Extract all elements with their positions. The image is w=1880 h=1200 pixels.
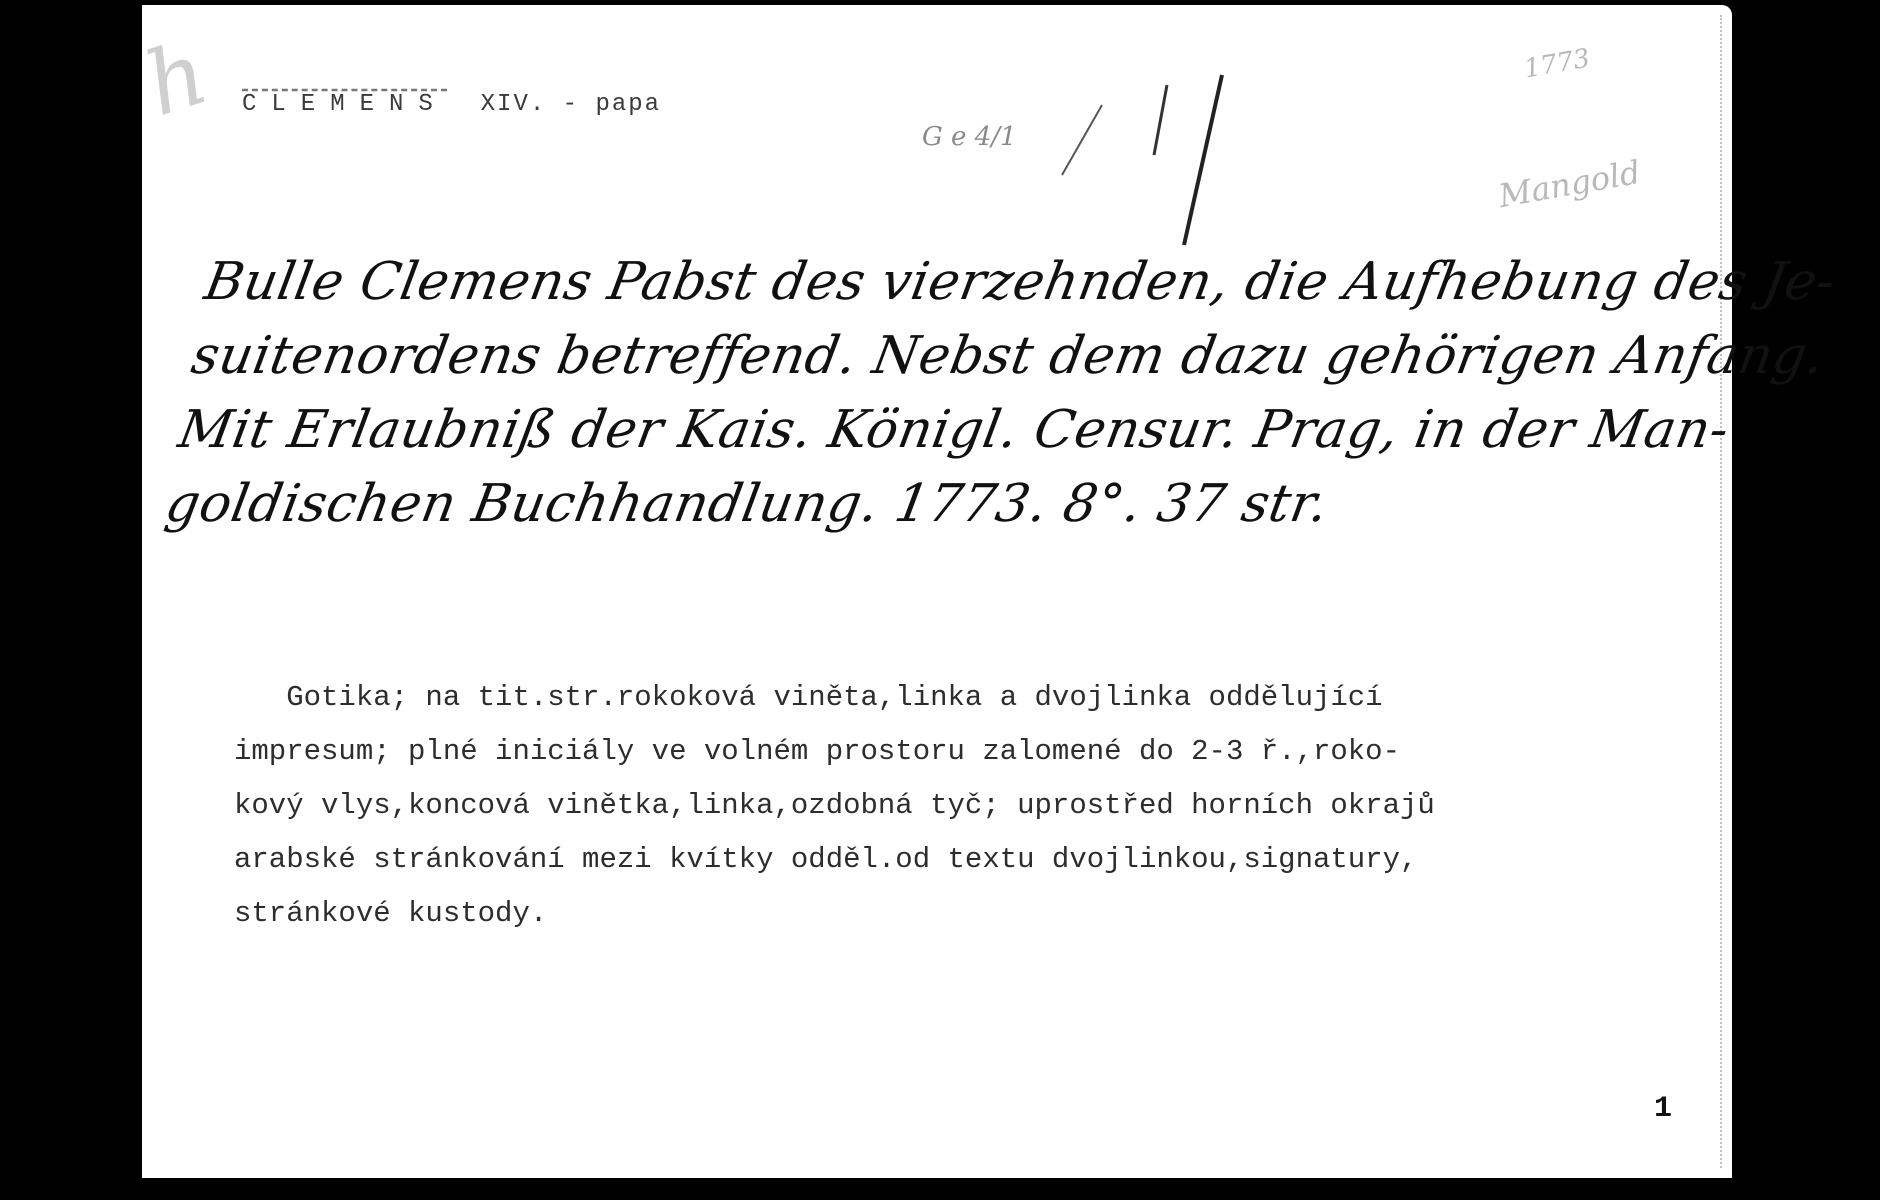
description-line: impresum; plné iniciály ve volném prosto…: [234, 725, 1674, 779]
pencil-mark-left: h: [133, 21, 219, 136]
typed-description: Gotika; na tit.str.rokoková viněta,linka…: [234, 671, 1674, 941]
scanned-page: h CLEMENS XIV. - papa G e 4/1 1773 Mango…: [0, 0, 1880, 1200]
catalog-card: h CLEMENS XIV. - papa G e 4/1 1773 Mango…: [142, 5, 1732, 1178]
page-number: 1: [1654, 1092, 1672, 1126]
card-heading: CLEMENS XIV. - papa: [242, 91, 661, 118]
shelf-mark-text: G e 4/1: [922, 122, 1017, 152]
description-line: Gotika; na tit.str.rokoková viněta,linka…: [234, 671, 1674, 725]
pencil-year-annotation: 1773: [1522, 43, 1592, 84]
description-line: kový vlys,koncová vinětka,linka,ozdobná …: [234, 779, 1674, 833]
manuscript-line: suitenordens betreffend. Nebst dem dazu …: [186, 319, 1619, 393]
manuscript-line: Bulle Clemens Pabst des vierzehnden, die…: [199, 245, 1632, 319]
handwritten-title: Bulle Clemens Pabst des vierzehnden, die…: [160, 245, 1632, 541]
heading-name: CLEMENS: [242, 91, 448, 118]
shelf-mark-scribbles: G e 4/1: [922, 65, 1282, 265]
manuscript-line: goldischen Buchhandlung. 1773. 8°. 37 st…: [160, 467, 1593, 541]
description-line: stránkové kustody.: [234, 887, 1674, 941]
manuscript-line: Mit Erlaubniß der Kais. Königl. Censur. …: [173, 393, 1606, 467]
heading-suffix: XIV. - papa: [481, 91, 661, 118]
card-edge-perforation: [1720, 15, 1722, 1168]
pencil-publisher-annotation: Mangold: [1496, 153, 1643, 215]
description-line: arabské stránkování mezi kvítky odděl.od…: [234, 833, 1674, 887]
